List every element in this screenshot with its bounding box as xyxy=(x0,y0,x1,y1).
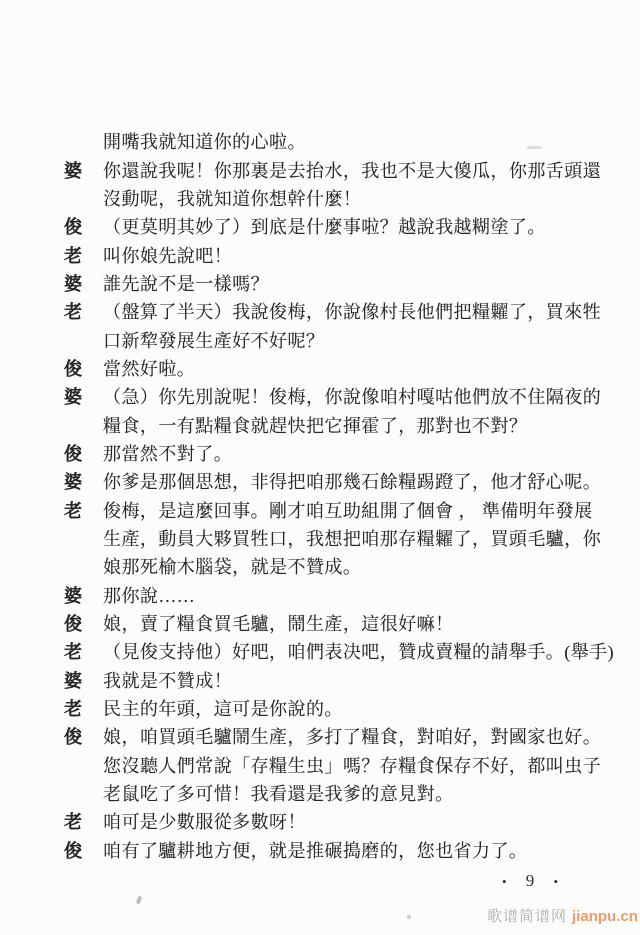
dialogue-text: 娘，賣了糧食買毛驢，鬧生產，這很好嘛！ xyxy=(103,610,620,636)
dialogue-line: 老 叫你娘先說吧！ xyxy=(64,240,620,268)
dialogue-text: （盤算了半天）我說俊梅，你說像村長他們把糧糶了，買來牲 xyxy=(103,298,620,324)
dialogue-speaker: 婆 xyxy=(64,157,103,183)
scan-smudge xyxy=(407,915,411,919)
dialogue-text: （急）你先別說呢！俊梅，你說像咱村嘎咕他們放不住隔夜的 xyxy=(103,383,620,409)
dialogue-text: 俊梅，是這麼回事。剛才咱互助組開了個會 ， 準備明年發展 xyxy=(103,497,620,523)
dialogue-text: 民主的年頭，這可是你說的。 xyxy=(103,695,620,721)
dialogue-line: 糧食，一有點糧食就趕快把它揮霍了，那對也不對？ xyxy=(64,410,620,438)
dialogue-speaker: 婆 xyxy=(64,582,103,608)
dialogue-text: 生產，動員大夥買牲口，我想把咱那存糧糶了，買頭毛驢，你 xyxy=(103,525,620,551)
dialogue-text: 你爹是那個思想，非得把咱那幾石餘糧踢蹬了，他才舒心呢。 xyxy=(103,468,620,494)
dialogue-text: 口新犂發展生產好不好呢？ xyxy=(103,327,620,353)
dialogue-speaker: 婆 xyxy=(64,383,103,409)
dialogue-text: 咱有了驢耕地方便，就是推碾搗磨的，您也省力了。 xyxy=(103,837,620,863)
dialogue-speaker: 老 xyxy=(64,497,103,523)
dialogue-text: 糧食，一有點糧食就趕快把它揮霍了，那對也不對？ xyxy=(103,412,620,438)
dialogue-speaker: 老 xyxy=(64,638,103,664)
dialogue-text: 誰先說不是一樣嗎？ xyxy=(103,270,620,296)
watermark-site-domain: jianpu.cn xyxy=(572,908,638,925)
dialogue-text: （更莫明其妙了）到底是什麼事啦？越說我越糊塗了。 xyxy=(103,213,620,239)
dialogue-speaker: 老 xyxy=(64,695,103,721)
dialogue-speaker: 俊 xyxy=(64,723,103,749)
dialogue-speaker: 老 xyxy=(64,808,103,834)
dialogue-text: 咱可是少數服從多數呀！ xyxy=(103,808,620,834)
dialogue-line: 婆 你爹是那個思想，非得把咱那幾石餘糧踢蹬了，他才舒心呢。 xyxy=(64,467,620,495)
dialogue-text: 你還說我呢！你那裏是去抬水，我也不是大傻瓜，你那舌頭還 xyxy=(103,157,620,183)
dialogue-line: 生產，動員大夥買牲口，我想把咱那存糧糶了，買頭毛驢，你 xyxy=(64,524,620,552)
page-number-dot-right: • xyxy=(553,875,558,888)
dialogue-line: 俊 那當然不對了。 xyxy=(64,439,620,467)
page-number-value: 9 xyxy=(526,871,535,891)
scan-smudge xyxy=(136,896,142,905)
dialogue-line: 老 （盤算了半天）我說俊梅，你說像村長他們把糧糶了，買來牲 xyxy=(64,297,620,325)
dialogue-text: 您沒聽人們常說「存糧生虫」嗎？存糧食保存不好，都叫虫子 xyxy=(103,752,620,778)
dialogue-line: 您沒聽人們常說「存糧生虫」嗎？存糧食保存不好，都叫虫子 xyxy=(64,751,620,779)
dialogue-speaker: 俊 xyxy=(64,837,103,863)
dialogue-speaker: 俊 xyxy=(64,213,103,239)
dialogue-speaker: 婆 xyxy=(64,270,103,296)
dialogue-line: 婆 那你說…… xyxy=(64,581,620,609)
dialogue-speaker: 老 xyxy=(64,242,103,268)
dialogue-text: 那你說…… xyxy=(103,582,620,608)
dialogue-text: 那當然不對了。 xyxy=(103,440,620,466)
dialogue-line: 俊 咱有了驢耕地方便，就是推碾搗磨的，您也省力了。 xyxy=(64,836,620,864)
dialogue-line: 沒動呢，我就知道你想幹什麼！ xyxy=(64,184,620,212)
dialogue-speaker: 婆 xyxy=(64,468,103,494)
dialogue-line: 娘那死榆木腦袋，就是不贊成。 xyxy=(64,552,620,580)
dialogue-line: 老 （見俊支持他）好吧，咱們表决吧，贊成賣糧的請舉手。(舉手) xyxy=(64,637,620,665)
watermark: 歌谱简谱网jianpu.cn xyxy=(487,905,638,926)
dialogue-script: 開嘴我就知道你的心啦。 婆 你還說我呢！你那裏是去抬水，我也不是大傻瓜，你那舌頭… xyxy=(64,127,620,864)
dialogue-speaker: 俊 xyxy=(64,440,103,466)
dialogue-line: 老 咱可是少數服從多數呀！ xyxy=(64,807,620,835)
dialogue-text: 開嘴我就知道你的心啦。 xyxy=(103,128,620,154)
dialogue-line: 俊 當然好啦。 xyxy=(64,354,620,382)
dialogue-text: 沒動呢，我就知道你想幹什麼！ xyxy=(103,185,620,211)
dialogue-line: 俊 娘，賣了糧食買毛驢，鬧生產，這很好嘛！ xyxy=(64,609,620,637)
dialogue-line: 俊 娘，咱買頭毛驢鬧生產，多打了糧食，對咱好，對國家也好。 xyxy=(64,722,620,750)
dialogue-line: 老鼠吃了多可惜！我看還是我爹的意見對。 xyxy=(64,779,620,807)
dialogue-text: 娘，咱買頭毛驢鬧生產，多打了糧食，對咱好，對國家也好。 xyxy=(103,723,620,749)
dialogue-line: 開嘴我就知道你的心啦。 xyxy=(64,127,620,155)
dialogue-speaker: 老 xyxy=(64,298,103,324)
scanned-page: 開嘴我就知道你的心啦。 婆 你還說我呢！你那裏是去抬水，我也不是大傻瓜，你那舌頭… xyxy=(0,0,640,935)
page-number-dot-left: • xyxy=(502,875,507,888)
dialogue-line: 老 民主的年頭，這可是你說的。 xyxy=(64,694,620,722)
dialogue-speaker: 俊 xyxy=(64,355,103,381)
dialogue-text: 叫你娘先說吧！ xyxy=(103,242,620,268)
dialogue-line: 婆 誰先說不是一樣嗎？ xyxy=(64,269,620,297)
dialogue-speaker: 俊 xyxy=(64,610,103,636)
dialogue-text: 我就是不贊成！ xyxy=(103,667,620,693)
page-number: • 9 • xyxy=(502,871,558,891)
watermark-site-name: 歌谱简谱网 xyxy=(487,908,567,925)
dialogue-line: 老 俊梅，是這麼回事。剛才咱互助組開了個會 ， 準備明年發展 xyxy=(64,495,620,523)
dialogue-line: 口新犂發展生產好不好呢？ xyxy=(64,325,620,353)
dialogue-line: 婆 （急）你先別說呢！俊梅，你說像咱村嘎咕他們放不住隔夜的 xyxy=(64,382,620,410)
dialogue-line: 婆 你還說我呢！你那裏是去抬水，我也不是大傻瓜，你那舌頭還 xyxy=(64,155,620,183)
dialogue-text: （見俊支持他）好吧，咱們表决吧，贊成賣糧的請舉手。(舉手) xyxy=(103,638,620,664)
dialogue-text: 當然好啦。 xyxy=(103,355,620,381)
dialogue-speaker: 婆 xyxy=(64,667,103,693)
dialogue-text: 老鼠吃了多可惜！我看還是我爹的意見對。 xyxy=(103,780,620,806)
dialogue-text: 娘那死榆木腦袋，就是不贊成。 xyxy=(103,553,620,579)
dialogue-line: 俊 （更莫明其妙了）到底是什麼事啦？越說我越糊塗了。 xyxy=(64,212,620,240)
dialogue-line: 婆 我就是不贊成！ xyxy=(64,666,620,694)
